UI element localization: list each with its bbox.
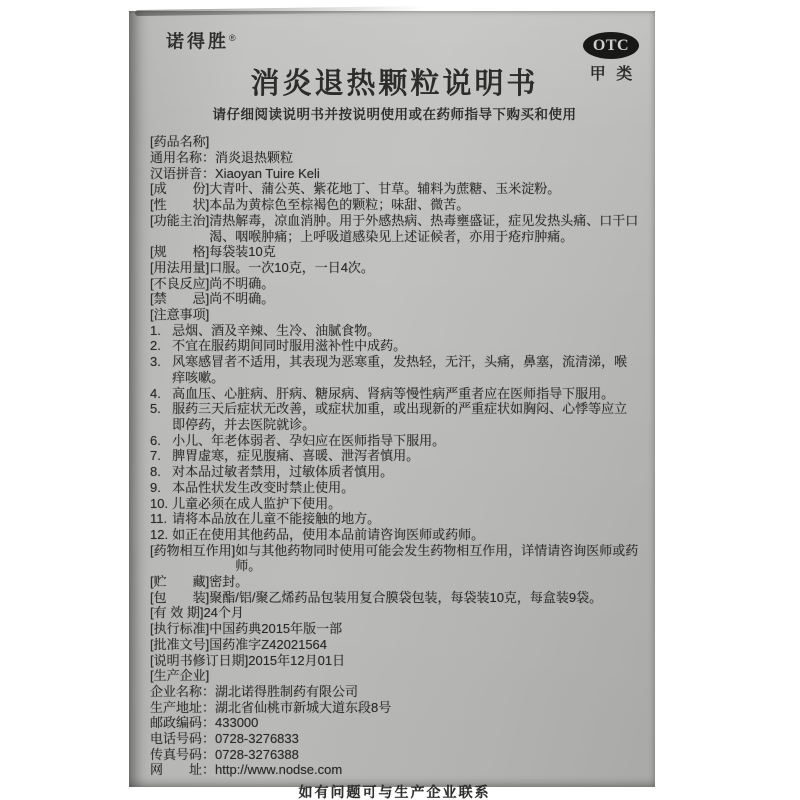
field-ingredients: [成 份]大青叶、蒲公英、紫花地丁、甘草。辅料为蔗糖、玉米淀粉。 (150, 181, 639, 197)
precaution-item: 8.对本品过敏者禁用，过敏体质者慎用。 (150, 464, 639, 480)
item-number: 2. (150, 338, 172, 354)
item-text: 服药三天后症状无改善，或症状加重，或出现新的严重症状如胸闷、心悸等应立即停药，并… (172, 401, 639, 432)
precaution-item: 7.脾胃虚寒，症见腹痛、喜暖、泄泻者慎用。 (150, 448, 639, 464)
item-text: 本品性状发生改变时禁止使用。 (172, 480, 639, 496)
item-text: 脾胃虚寒，症见腹痛、喜暖、泄泻者慎用。 (172, 448, 639, 464)
field-label: [贮 藏] (150, 574, 209, 590)
field-standard: [执行标准]中国药典2015年版一部 (150, 621, 639, 637)
precaution-item: 6.小儿、年老体弱者、孕妇应在医师指导下服用。 (150, 433, 639, 449)
item-text: 小儿、年老体弱者、孕妇应在医师指导下服用。 (172, 433, 639, 449)
field-drug-interactions: [药物相互作用]如与其他药物同时使用可能会发生药物相互作用，详情请咨询医师或药师… (150, 543, 639, 574)
field-label: [不良反应] (150, 276, 209, 292)
field-value: Xiaoyan Tuire Keli (215, 166, 639, 182)
brand-row: 诺得胜® (166, 27, 639, 54)
item-number: 1. (150, 323, 172, 339)
field-value: 尚不明确。 (209, 276, 639, 292)
field-drug-name-header: [药品名称] (150, 134, 639, 150)
item-number: 8. (150, 464, 172, 480)
field-label: 汉语拼音： (150, 166, 215, 182)
field-label: 电话号码： (150, 731, 215, 747)
field-phone: 电话号码：0728-3276833 (150, 731, 639, 747)
item-number: 10. (150, 496, 172, 512)
field-value: 每袋装10克 (209, 244, 639, 260)
field-value: 2015年12月01日 (248, 653, 639, 669)
precaution-item: 12.如正在使用其他药品，使用本品前请咨询医师或药师。 (150, 527, 639, 543)
field-label: 邮政编码： (150, 715, 215, 731)
field-label: 企业名称： (150, 684, 215, 700)
field-description: [性 状]本品为黄棕色至棕褐色的颗粒；味甜、微苦。 (150, 197, 639, 213)
photo-background: 诺得胜® OTC 甲 类 消炎退热颗粒说明书 请仔细阅读说明书并按说明使用或在药… (0, 0, 800, 800)
field-value: 消炎退热颗粒 (215, 150, 639, 166)
field-value: 0728-3276833 (215, 731, 639, 747)
leaflet-paper: 诺得胜® OTC 甲 类 消炎退热颗粒说明书 请仔细阅读说明书并按说明使用或在药… (129, 11, 655, 787)
field-generic-name: 通用名称：消炎退热颗粒 (150, 150, 639, 166)
field-value: 密封。 (209, 574, 639, 590)
item-text: 请将本品放在儿童不能接触的地方。 (172, 511, 639, 527)
field-dosage: [用法用量]口服。一次10克，一日4次。 (150, 260, 639, 276)
field-label: [性 状] (150, 197, 209, 213)
field-value: 大青叶、蒲公英、紫花地丁、甘草。辅料为蔗糖、玉米淀粉。 (209, 181, 639, 197)
field-value: 清热解毒，凉血消肿。用于外感热病、热毒壅盛证，症见发热头痛、口干口渴、咽喉肿痛；… (209, 213, 639, 244)
field-contraindications: [禁 忌]尚不明确。 (150, 291, 639, 307)
item-text: 忌烟、酒及辛辣、生冷、油腻食物。 (172, 323, 639, 339)
field-value: 湖北省仙桃市新城大道东段8号 (215, 700, 639, 716)
field-label: [批准文号] (150, 637, 209, 653)
field-label: [成 份] (150, 181, 209, 197)
field-value: 24个月 (203, 605, 639, 621)
field-value: http://www.nodse.com (215, 762, 639, 778)
precaution-item: 1.忌烟、酒及辛辣、生冷、油腻食物。 (150, 323, 639, 339)
precaution-item: 11.请将本品放在儿童不能接触的地方。 (150, 511, 639, 527)
item-text: 高血压、心脏病、肝病、糖尿病、肾病等慢性病严重者应在医师指导下服用。 (172, 386, 639, 402)
field-approval-number: [批准文号]国药准字Z42021564 (150, 637, 639, 653)
item-number: 5. (150, 401, 172, 417)
registered-trademark-icon: ® (229, 33, 236, 43)
precaution-item: 2.不宜在服药期间同时服用滋补性中成药。 (150, 338, 639, 354)
field-label: [有 效 期] (150, 605, 203, 621)
otc-class-label: 甲 类 (573, 61, 649, 84)
field-value: 聚酯/铝/聚乙烯药品包装用复合膜袋包装，每袋装10克，每盒装9袋。 (209, 590, 639, 606)
field-fax: 传真号码：0728-3276388 (150, 747, 639, 763)
otc-marking: OTC 甲 类 (573, 32, 649, 84)
field-pinyin: 汉语拼音：Xiaoyan Tuire Keli (150, 166, 639, 182)
field-value: 湖北诺得胜制药有限公司 (215, 684, 639, 700)
precaution-item: 4.高血压、心脏病、肝病、糖尿病、肾病等慢性病严重者应在医师指导下服用。 (150, 386, 639, 402)
field-label: [生产企业] (150, 668, 209, 684)
field-adverse-reactions: [不良反应]尚不明确。 (150, 276, 639, 292)
field-revision-date: [说明书修订日期]2015年12月01日 (150, 653, 639, 669)
item-text: 风寒感冒者不适用，其表现为恶寒重，发热轻，无汗，头痛，鼻塞，流清涕，喉痒咳嗽。 (172, 354, 639, 385)
otc-badge: OTC (583, 32, 639, 59)
field-storage: [贮 藏]密封。 (150, 574, 639, 590)
field-label: [包 装] (150, 590, 209, 606)
item-number: 12. (150, 527, 172, 543)
item-text: 儿童必须在成人监护下使用。 (172, 496, 639, 512)
item-number: 7. (150, 448, 172, 464)
field-postcode: 邮政编码：433000 (150, 715, 639, 731)
item-number: 3. (150, 354, 172, 370)
field-label: [规 格] (150, 244, 209, 260)
page-subtitle: 请仔细阅读说明书并按说明使用或在药师指导下购买和使用 (150, 106, 639, 123)
item-number: 6. (150, 433, 172, 449)
field-company-name: 企业名称：湖北诺得胜制药有限公司 (150, 684, 639, 700)
field-label: 通用名称： (150, 150, 215, 166)
field-value: 如与其他药物同时使用可能会发生药物相互作用，详情请咨询医师或药师。 (235, 543, 639, 574)
field-value: 本品为黄棕色至棕褐色的颗粒；味甜、微苦。 (209, 197, 639, 213)
precautions-header: [注意事项] (150, 307, 639, 323)
field-value: 国药准字Z42021564 (209, 637, 639, 653)
field-value: 尚不明确。 (209, 291, 639, 307)
item-text: 不宜在服药期间同时服用滋补性中成药。 (172, 338, 639, 354)
field-label: [功能主治] (150, 213, 209, 229)
field-address: 生产地址：湖北省仙桃市新城大道东段8号 (150, 700, 639, 716)
page-title: 消炎退热颗粒说明书 (150, 67, 639, 101)
field-value: 433000 (215, 715, 639, 731)
field-label: [禁 忌] (150, 291, 209, 307)
precaution-item: 10.儿童必须在成人监护下使用。 (150, 496, 639, 512)
field-label: [用法用量] (150, 260, 209, 276)
precaution-item: 9.本品性状发生改变时禁止使用。 (150, 480, 639, 496)
field-shelf-life: [有 效 期] 24个月 (150, 605, 639, 621)
brand-logo: 诺得胜 (166, 31, 229, 51)
field-value: 中国药典2015年版一部 (209, 621, 639, 637)
field-website: 网 址：http://www.nodse.com (150, 762, 639, 778)
field-value: 0728-3276388 (215, 747, 639, 763)
leaflet-content: 诺得胜® OTC 甲 类 消炎退热颗粒说明书 请仔细阅读说明书并按说明使用或在药… (129, 11, 655, 787)
field-label: 生产地址： (150, 700, 215, 716)
field-specification: [规 格]每袋装10克 (150, 244, 639, 260)
field-label: 网 址： (150, 762, 215, 778)
item-number: 9. (150, 480, 172, 496)
field-label: 传真号码： (150, 747, 215, 763)
field-label: [药品名称] (150, 134, 209, 150)
leaflet-body: [药品名称] 通用名称：消炎退热颗粒 汉语拼音：Xiaoyan Tuire Ke… (150, 134, 639, 778)
field-indications: [功能主治]清热解毒，凉血消肿。用于外感热病、热毒壅盛证，症见发热头痛、口干口渴… (150, 213, 639, 244)
footer-note: 如有问题可与生产企业联系 (150, 782, 639, 800)
item-text: 如正在使用其他药品，使用本品前请咨询医师或药师。 (172, 527, 639, 543)
field-label: [执行标准] (150, 621, 209, 637)
item-number: 11. (150, 511, 172, 527)
precaution-item: 5.服药三天后症状无改善，或症状加重，或出现新的严重症状如胸闷、心悸等应立即停药… (150, 401, 639, 432)
precaution-item: 3.风寒感冒者不适用，其表现为恶寒重，发热轻，无汗，头痛，鼻塞，流清涕，喉痒咳嗽… (150, 354, 639, 385)
item-text: 对本品过敏者禁用，过敏体质者慎用。 (172, 464, 639, 480)
field-value: 口服。一次10克，一日4次。 (209, 260, 639, 276)
manufacturer-header: [生产企业] (150, 668, 639, 684)
field-label: [说明书修订日期] (150, 653, 248, 669)
item-number: 4. (150, 386, 172, 402)
field-label: [药物相互作用] (150, 543, 235, 559)
field-packaging: [包 装]聚酯/铝/聚乙烯药品包装用复合膜袋包装，每袋装10克，每盒装9袋。 (150, 590, 639, 606)
field-label: [注意事项] (150, 307, 209, 323)
